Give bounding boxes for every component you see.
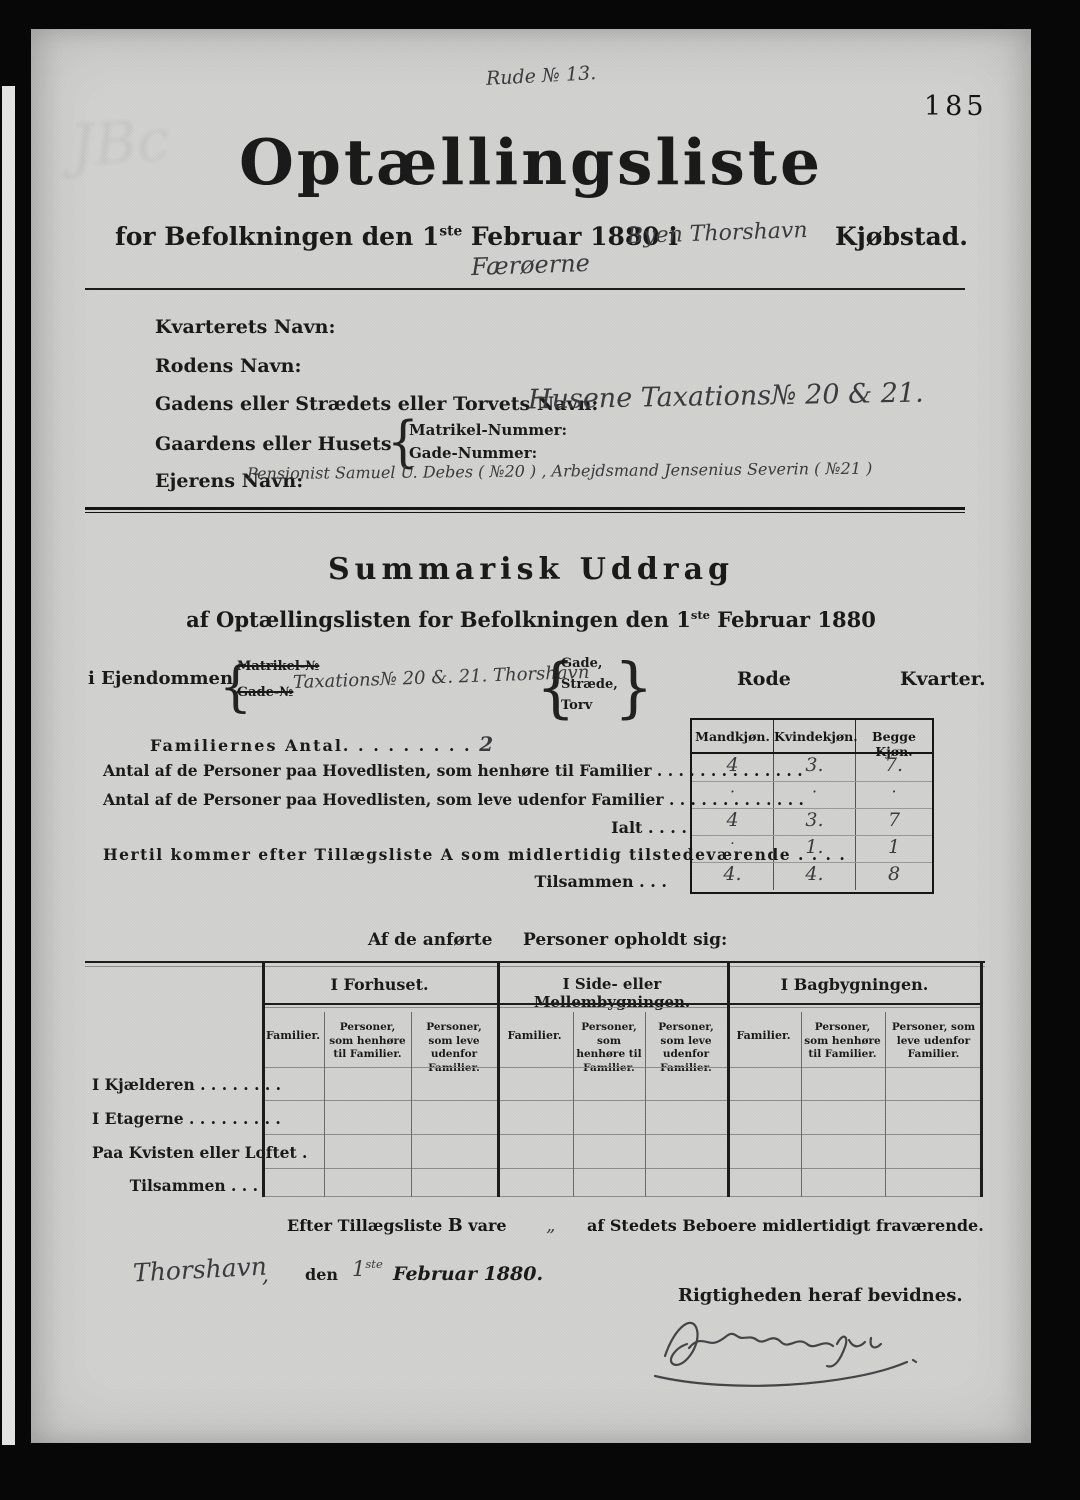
handwritten-street-value: Husene Taxations№ 20 & 21.: [528, 378, 924, 416]
groupheader-rule: [262, 1003, 982, 1005]
row-line: [262, 1134, 982, 1135]
summary-cell: 3.: [774, 754, 856, 781]
handwritten-place: Thorshavn: [132, 1252, 267, 1288]
summary-subtitle: af Optællingslisten for Befolkningen den…: [31, 607, 1031, 632]
field-label-kvarter: Kvarterets Navn:: [155, 316, 335, 338]
summary-cell: 4.: [692, 863, 774, 890]
handwritten-comma: ,: [262, 1263, 269, 1288]
summary-cell: 7: [856, 809, 932, 835]
occupancy-intro-1: Af de anførte: [368, 930, 492, 950]
handwritten-familier-antal: 2: [479, 732, 493, 756]
tillaeg-b: B: [448, 1216, 463, 1236]
summary-row-familier: Familiernes Antal. . . . . . . . . 2: [150, 732, 493, 756]
grid-vline-thin: [885, 1012, 886, 1197]
subtitle-kjobstad: Kjøbstad.: [835, 222, 968, 251]
subtitle-text-1: for Befolkningen den 1: [115, 222, 439, 251]
summary-cell: 1: [856, 836, 932, 862]
field-label-gadenr: Gade-Nummer:: [409, 444, 537, 462]
page-number: 185: [924, 91, 988, 122]
rowlabel-etagerne: I Etagerne . . . . . . . . .: [92, 1109, 281, 1128]
field-label-matrikelnr: Matrikel-Nummer:: [409, 421, 567, 439]
summary-table: Mandkjøn. Kvindekjøn. Begge Kjøn. 4 3. 7…: [690, 718, 934, 894]
row-line: [262, 1100, 982, 1101]
grid-vline: [727, 961, 730, 1197]
handwritten-town: Byen Thorshavn: [627, 218, 808, 249]
grid-vline-thin: [645, 1012, 646, 1197]
summary-values-row: 4 3. 7: [692, 808, 932, 835]
scanned-census-page: { "scan": { "page_number": "185", "corne…: [0, 0, 1080, 1500]
subcol-henhoere: Personer, som henhøre til Familier.: [803, 1021, 882, 1062]
census-form-page: JBc Rude № 13. 185 Optællingsliste for B…: [31, 29, 1031, 1443]
grid-vline-thin: [324, 1012, 325, 1197]
gade-opt-straede: Stræde,: [561, 677, 618, 692]
summary-subtitle-2: Februar 1880: [710, 607, 876, 632]
tillaeg-text-3: af Stedets Beboere midlertidigt fraværen…: [587, 1216, 984, 1235]
summary-subtitle-1: af Optællingslisten for Befolkningen den…: [186, 607, 691, 632]
row-line: [262, 1196, 982, 1197]
group-forhuset: I Forhuset.: [262, 975, 497, 994]
summary-cell: 4: [692, 754, 774, 781]
grid-vline-thin: [573, 1012, 574, 1197]
section-double-rule: [85, 507, 965, 513]
subcol-udenfor: Personer, som leve udenfor Familier.: [888, 1021, 979, 1062]
tillaegsliste-b-line: Efter Tillægsliste B vare „ af Stedets B…: [287, 1215, 984, 1236]
summary-row-ialt: Ialt . . . .: [431, 818, 687, 837]
familier-label: Familiernes Antal: [150, 736, 343, 755]
subcol-henhoere: Personer, som henhøre til Familier.: [327, 1021, 408, 1062]
tillaeg-text-2: vare: [468, 1216, 506, 1235]
tillaeg-text-1: Efter Tillægsliste: [287, 1216, 442, 1235]
date-day-sup: ste: [365, 1257, 382, 1271]
gade-opt-gade: Gade,: [561, 656, 602, 671]
familier-dots: . . . . . . . . .: [343, 736, 472, 755]
summary-values-row: 4. 4. 8: [692, 862, 932, 890]
date-day: 1: [352, 1257, 365, 1281]
row-line: [262, 1168, 982, 1169]
den-label: den: [305, 1265, 338, 1284]
subcol-familier: Familier.: [729, 1029, 798, 1042]
rowlabel-kvisten: Paa Kvisten eller Loftet .: [92, 1143, 307, 1162]
handwritten-corner-note: Rude № 13.: [485, 62, 596, 90]
col-kvindekjon: Kvindekjøn.: [774, 720, 856, 752]
gade-opts-brace-right: }: [614, 649, 653, 726]
summary-title: Summarisk Uddrag: [31, 552, 1031, 587]
kvarter-label: Kvarter.: [900, 668, 986, 690]
summary-cell: 4.: [774, 863, 856, 890]
attestation-label: Rigtigheden heraf bevidnes.: [678, 1285, 963, 1306]
subtitle-line: for Befolkningen den 1ste Februar 1880 i: [115, 222, 678, 251]
summary-values-row: · · ·: [692, 781, 932, 808]
handwritten-ditto: „: [512, 1215, 581, 1236]
group-bagbygning: I Bagbygningen.: [727, 975, 982, 994]
grid-vline: [980, 961, 983, 1197]
summary-values-row: · 1. 1: [692, 835, 932, 862]
handwritten-region: Færøerne: [471, 249, 591, 281]
group-sidebygning: I Side- eller Mellembygningen.: [497, 975, 727, 1011]
book-edge-strip: [2, 86, 15, 1445]
summary-cell: ·: [692, 836, 774, 862]
summary-cell: 1.: [774, 836, 856, 862]
summary-cell: ·: [774, 782, 856, 808]
occupancy-top-rule-2: [85, 966, 985, 967]
gade-opt-torv: Torv: [561, 698, 592, 713]
ejendom-gade-no: Gade-№: [237, 685, 293, 700]
col-mandkjon: Mandkjøn.: [692, 720, 774, 752]
occupancy-top-rule: [85, 961, 985, 963]
summary-values-row: 4 3. 7.: [692, 754, 932, 781]
summary-cell: ·: [692, 782, 774, 808]
header-rule: [85, 288, 965, 290]
groupheader-rule-2: [262, 1007, 982, 1008]
occupancy-intro-2: Personer opholdt sig:: [523, 930, 727, 950]
handwritten-owner-value: Pensionist Samuel U. Debes ( №20 ) , Arb…: [247, 458, 967, 483]
subtitle-sup: ste: [439, 224, 462, 240]
subcol-familier: Familier.: [499, 1029, 570, 1042]
grid-vline: [497, 961, 500, 1197]
subcol-familier: Familier.: [264, 1029, 322, 1042]
summary-cell: 3.: [774, 809, 856, 835]
field-label-gaard: Gaardens eller Husets: [155, 433, 392, 455]
summary-cell: 8: [856, 863, 932, 890]
ejendom-label: i Ejendommen: [88, 668, 233, 689]
rode-label: Rode: [737, 668, 791, 690]
summary-cell: 7.: [856, 754, 932, 781]
handwritten-date-day: 1ste: [352, 1257, 383, 1281]
rowlabel-kjaelderen: I Kjælderen . . . . . . . .: [92, 1075, 281, 1094]
date-rest: Februar 1880.: [393, 1263, 543, 1285]
col-beggekjon: Begge Kjøn.: [856, 720, 932, 752]
summary-table-header: Mandkjøn. Kvindekjøn. Begge Kjøn.: [692, 720, 932, 754]
field-label-rode: Rodens Navn:: [155, 355, 302, 377]
grid-vline-thin: [801, 1012, 802, 1197]
page-title: Optællingsliste: [31, 125, 1031, 199]
summary-subtitle-sup: ste: [691, 608, 710, 622]
row-line: [262, 1067, 982, 1068]
rowlabel-tilsammen: Tilsammen . . .: [92, 1176, 258, 1195]
signature-handwriting: [631, 1304, 931, 1399]
summary-row-tilsammen: Tilsammen . . .: [431, 872, 667, 891]
summary-cell: ·: [856, 782, 932, 808]
grid-vline-thin: [411, 1012, 412, 1197]
summary-cell: 4: [692, 809, 774, 835]
